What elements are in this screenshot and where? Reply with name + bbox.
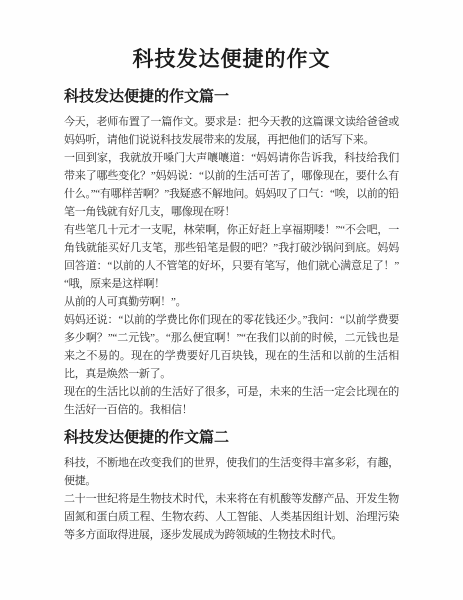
section-2-paragraph-2: 二十一世纪将是生物技术时代，未来将在有机酸等发酵产品、开发生物固氮和蛋白质工程、…	[64, 490, 399, 544]
section-1-heading: 科技发达便捷的作文篇一	[64, 86, 399, 108]
section-1-paragraph-2: 一回到家，我就放开嗓门大声嚷嚷道：“妈妈请你告诉我，科技给我们带来了哪些变化？”…	[64, 149, 399, 221]
section-1-paragraph-4: 从前的人可真勤劳啊！”。	[64, 293, 399, 311]
section-1-paragraph-5: 妈妈还说：“以前的学费比你们现在的零花钱还少。”我问：“以前学费要多少啊？”“二…	[64, 311, 399, 383]
document-page: 科技发达便捷的作文 科技发达便捷的作文篇一 今天，老师布置了一篇作文。要求是：把…	[0, 0, 463, 600]
section-1-paragraph-3: 有些笔几十元才一支呢，林荣啊，你正好赶上享福期喽！”“不会吧，一角钱就能买好几支…	[64, 221, 399, 293]
section-2-heading: 科技发达便捷的作文篇二	[64, 427, 399, 449]
document-content: 科技发达便捷的作文 科技发达便捷的作文篇一 今天，老师布置了一篇作文。要求是：把…	[0, 0, 463, 544]
section-2-paragraph-1: 科技，不断地在改变我们的世界，使我们的生活变得丰富多彩，有趣，便捷。	[64, 454, 399, 490]
section-1-paragraph-1: 今天，老师布置了一篇作文。要求是：把今天教的这篇课文读给爸爸或妈妈听，请他们说说…	[64, 113, 399, 149]
document-title: 科技发达便捷的作文	[64, 44, 399, 74]
section-1-paragraph-6: 现在的生活比以前的生活好了很多，可是，未来的生活一定会比现在的生活好一百倍的。我…	[64, 383, 399, 419]
